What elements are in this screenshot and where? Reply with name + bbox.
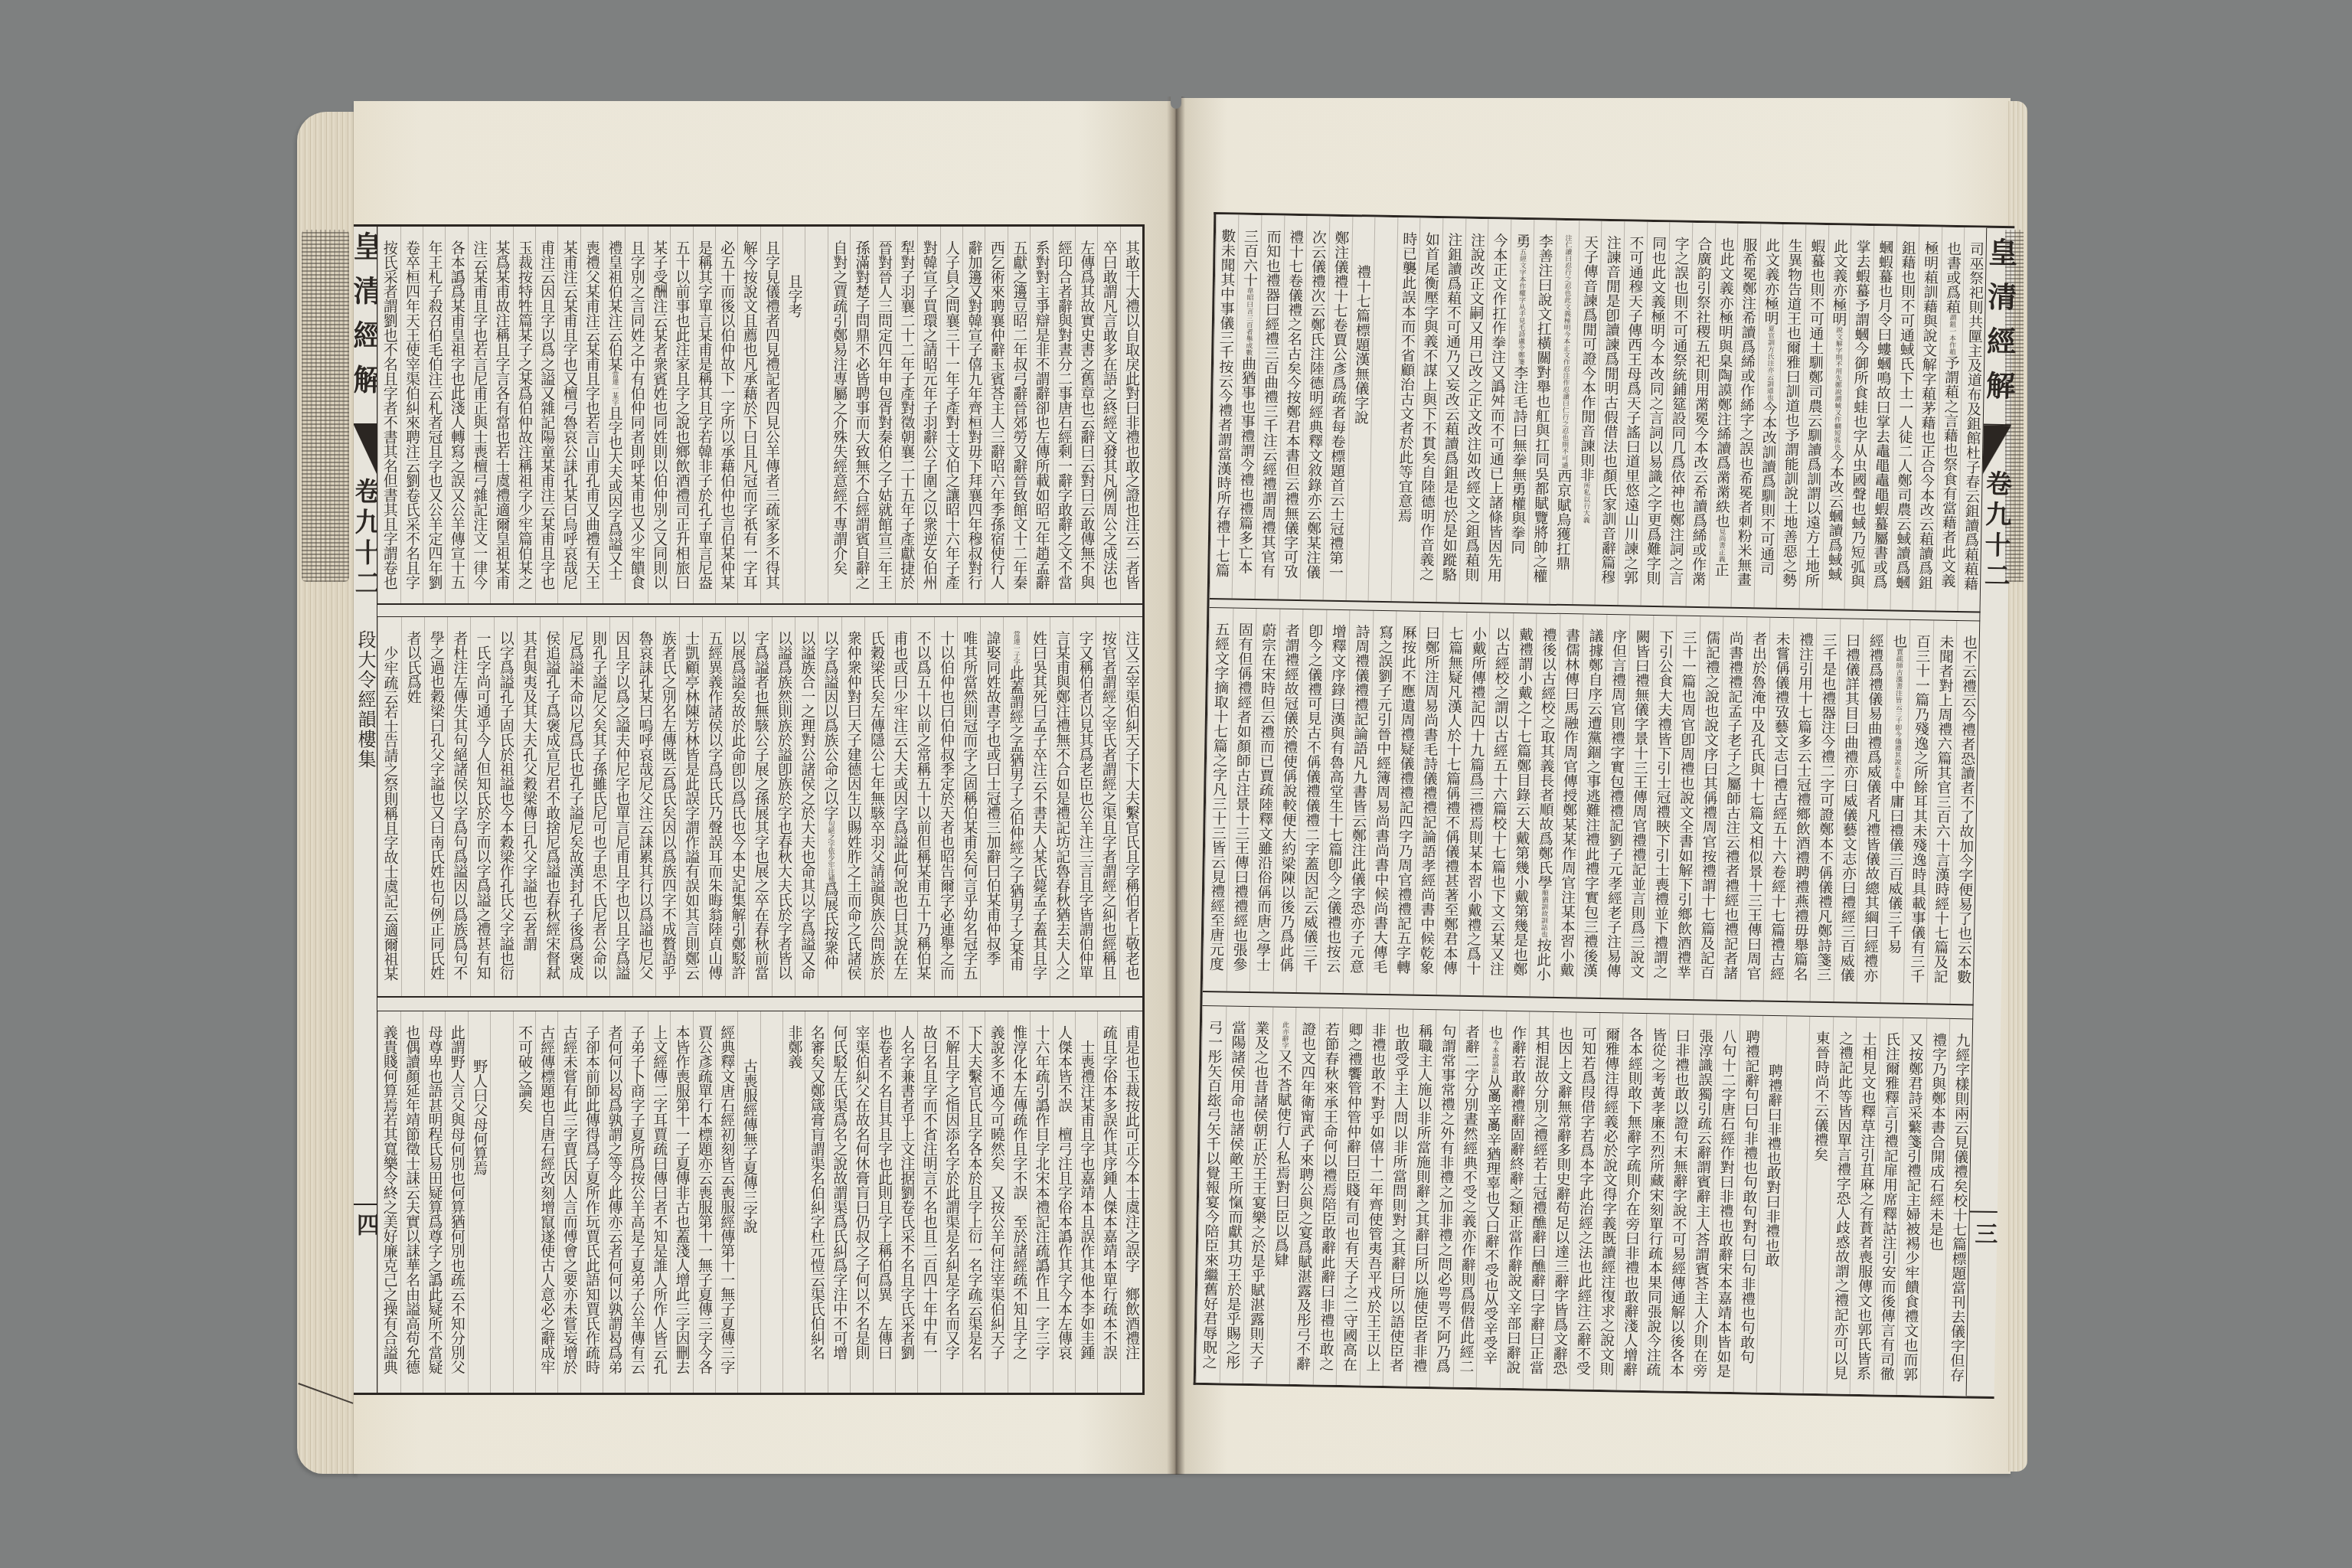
text-column: 賈公彥疏單行本標題亦云喪服第十一無子夏傳三字今各 (693, 1011, 715, 1393)
text-column: 孫滿對楚子問鼎不必皆聘事而大致無不合經謂賓自辭之 (850, 227, 872, 603)
column-text: 十六年疏引譌作目字北宋本禮記注疏譌作且一字三字 (1034, 1025, 1050, 1360)
column-text: 賈公彥疏單行本標題亦云喪服第十一無子夏傳三字今各 (696, 1025, 713, 1374)
text-column: 唯其所當然則冠而字之固稱伯某甫矣何言乎幼名冠字五 (957, 617, 980, 996)
text-column: 卒曰敢謂凡言敢多在語之終經文發其凡例周公之成法也 (1097, 227, 1119, 603)
text-column: 者杜注左傳失其句絕諸侯以字爲句爲謚因以爲族爲句不 (447, 617, 470, 996)
text-column: 且字考 (782, 227, 805, 603)
column-text: 一氏字尚可通乎今人但知氏於字而以字爲謚之禮甚有知 (475, 631, 492, 980)
column-text: 此謂野人言父與母何別也何算猶何別也疏云不知分別父 (449, 1025, 465, 1374)
column-text: 學之過也穀梁曰孔父字謚也又曰南氏姓也句例正同氏姓 (428, 631, 445, 980)
column-text: 西乞術來聘襄仲辭玉賓荅主人三辭昭六年季孫宿使行人 (988, 240, 1005, 590)
column-text: 以字爲謚孔子固氏於祖謚也今本穀梁作孔氏父字謚也衍 (498, 631, 514, 980)
text-column: 且字別之言同姓之中有伯仲同者則呼某甫也又少牢饋食 (625, 227, 647, 603)
text-column: 不可破之論矣 (513, 1011, 535, 1393)
column-text: 也偶讀顏延年靖節徵士誄云夫實以誄華名由謚高苟允德 (403, 1025, 420, 1374)
column-text: 也 (1890, 634, 1907, 648)
margin-rule (1970, 1210, 1998, 1213)
column-text-after-note: 今本改訓讀爲馴則不可通司 (1758, 400, 1778, 575)
text-column: 對韓宣子買環之請昭元年子羽辭公子圍之以衆逆女伯州 (917, 227, 939, 603)
text-column: 以謚族合一之理對公諸侯之於大夫也命其以字爲謚又命 (795, 617, 818, 996)
column-text: 古經未嘗有此三字賈氏因人言而傅會之要亦未嘗妄增於 (561, 1025, 578, 1374)
column-text: 諱娶同姓故書字也或曰士冠禮三加辭曰伯某甫仲叔季 (984, 631, 1001, 965)
column-text: 也此文義亦極明與臬陶謨鄭注絺讀爲黹黹紩也 (1713, 237, 1735, 528)
text-column: 注云某甫且字也若言尼甫正與士喪檀弓雜記注文一律今 (468, 227, 490, 603)
text-column: 玉裁按特牲篇某子之某爲伯仲故注稱祖字少牢篇伯某之 (513, 227, 535, 603)
column-text: 尼爲謚未命以尼爲氏也孔子謚尼矣故漢封孔子後爲褒成 (567, 631, 584, 980)
column-text: 以謚爲族然則族於謚卽族於字也春秋大夫氏於字者皆以 (776, 631, 792, 980)
text-column: 何氏駁左氏渠爲名之說故謂渠爲氏糾爲字注中不可增 (828, 1011, 850, 1393)
series-title: 皇清經解 (354, 231, 377, 409)
text-column: 尼爲謚未命以尼爲氏也孔子謚尼矣故漢封孔子後爲褒成 (563, 617, 586, 996)
left-page-print-frame: 皇清經解 卷九十二 段大令經韻樓集 四 其敢干大禮以自取戾此對曰非禮也敢之證也注… (354, 224, 1145, 1395)
column-text: 子卻本前師此傳得爲子夏所作玩賈氏此語知賈氏作疏時 (583, 1025, 600, 1374)
column-text: 某甫注云某甫且字也又檀弓魯哀公誄孔某曰烏呼哀哉尼 (561, 240, 578, 590)
column-text-after-note: 李注毛詩曰無拳無勇權與拳同 (1508, 365, 1528, 554)
text-column: 各本譌爲某甫皇祖字也此淺人轉寫之誤又公羊傳宣十五 (445, 227, 467, 603)
column-text: 五獻之籩豆昭二年叔弓辭晉郊勞又辭晉致館文十二年秦 (1011, 240, 1027, 590)
column-text: 且字見儀禮者四見禮記者四見公羊傳者三疏家多不得其 (763, 240, 780, 590)
column-text: 必五十而後以伯仲故下一字所以承藉伯仲也言伯某仲某 (718, 240, 735, 590)
text-column: 甫是也玉裁按此可正今本士虞注之誤字 鄉飲酒禮注 (1120, 1011, 1142, 1393)
text-column: 衆仲衆仲對曰天子建德因生以賜姓胙之土而命之氏諸侯 (841, 617, 864, 996)
column-text: 以展爲謚矣故於此命卽以爲氏也今本史記集解引鄭駁許 (729, 631, 746, 980)
column-text: 經印合者辭與對晝分二事唐石經剩一辭字敢辭之文不當 (1056, 240, 1073, 590)
text-column: 西乞術來聘襄仲辭玉賓荅主人三辭昭六年季孫宿使行人 (985, 227, 1007, 603)
column-text: 三百六十 (1241, 229, 1259, 287)
column-text: 義貴賤何算焉若其寬樂令終之美好廉克己之操有合謚典 (381, 1025, 398, 1374)
column-text: 甫注云因且字以爲之謚又雜記陽童某甫注云某甫且字也 (538, 240, 555, 590)
column-text: 甫也或曰少牢注云大夫或因字爲謚此何說也曰其說在左 (891, 631, 908, 980)
column-text: 士凱顧亭林陳芳林皆是此誤字謂作謚有誤如其言則鄭云 (683, 631, 700, 980)
text-column: 辭加籩又對韓宣子僖九年齊桓對毋下拜襄四年穆叔對行 (962, 227, 985, 603)
column-text: 也書或爲蒩 (1944, 241, 1962, 314)
gutter-top-gap (1171, 90, 1181, 109)
register-middle: 注又云宰渠伯糾天子下大夫繫官氏且字稱伯者上敬老也 按官者謂經之宰氏者謂經之渠且字… (377, 616, 1142, 998)
column-text: 某爲某甫故注稱且字言各有當也若士虞禮適爾皇祖某甫 (494, 240, 511, 590)
interlinear-note: 韋昭曰言三百者舉成數 (1244, 287, 1253, 356)
text-column: 按官者謂經之宰氏者謂經之渠且字者謂經之糾也經稱且 (1096, 617, 1119, 996)
text-column: 不解且字之恉因添名字於此謂渠是名糾是字名而又字 (940, 1011, 962, 1393)
page-number: 四 (354, 1213, 377, 1236)
text-column: 經印合者辭與對晝分二事唐石經剩一辭字敢辭之文不當 (1053, 227, 1075, 603)
text-column: 犁對子羽襄二十二年子產對徵朝襄二十五年子產獻捷於 (895, 227, 917, 603)
column-text: 卷卒桓四年天王使宰渠伯糾來聘注云劉卷氏采不名且字 (403, 240, 420, 590)
column-text: 按官者謂經之宰氏者謂經之渠且字者謂經之糾也經稱且 (1100, 631, 1117, 980)
fore-edge-print-marks (2005, 230, 2024, 582)
interlinear-note: 此亦辭字 (1280, 1021, 1289, 1049)
column-text: 自對之賈疏引鄭易注專屬之介殊失經意經不專謂介矣 (831, 240, 848, 575)
column-text: 注云某甫且字也若言尼甫正與士喪檀弓雜記注文一律今 (471, 240, 488, 590)
text-column (760, 1011, 782, 1393)
column-text: 犁對子羽襄二十二年子產對徵朝襄二十五年子產獻捷於 (898, 240, 915, 590)
text-column: 五獻之籩豆昭二年叔弓辭晉郊勞又辭晉致館文十二年秦 (1008, 227, 1030, 603)
text-column: 十以伯仲也曰伯仲叔季定於天者也昭告爾字必連舉之而 (934, 617, 957, 996)
text-column: 宰渠伯糾父在故名何休膏肓曰仍叔之子何以不名是則 (850, 1011, 872, 1393)
text-column: 以字爲謚因以爲族公命之以字句絕之字依少牢注補爲展氏按衆仲 (818, 617, 841, 996)
text-column: 也卷者不名目其且字也此則且字上稱伯爲異 左傳曰 (873, 1011, 895, 1393)
interlinear-note: 句絕之字依少牢注補 (827, 820, 835, 882)
text-column: 義說多不通今可曉然矣 又按公羊何注宰渠伯糾天子 (985, 1011, 1007, 1393)
column-text-after-note: 爲展氏按衆仲 (822, 882, 839, 969)
text-column: 非鄭義 (782, 1011, 805, 1393)
text-column: 自對之賈疏引鄭易注專屬之介殊失經意經不專謂介矣 (828, 227, 850, 603)
column-text: 時已襲此誤本而不省顧治古文者於此等宜意焉 (1396, 231, 1418, 522)
text-column: 經典釋文唐石經初刻皆云喪服經傳第十一無子夏傳三字 (715, 1011, 737, 1393)
column-text: 侯追謚孔子爲褒成宣尼君不敢捨尼爲謚也春秋經宋督弒 (544, 631, 560, 980)
column-text: 名審矣又鄭箴膏肓謂渠名伯糾字杜元愷云渠氏伯糾名 (808, 1025, 825, 1360)
column-text-after-note: 予謂蒩之言藉也祭食有當藉者此文義 (1939, 355, 1959, 588)
column-text-after-note: 又不荅賦使行人私焉對曰臣以爲肄 (1272, 1049, 1292, 1267)
interlinear-note: 謂鉏一本作蒩 (1948, 314, 1956, 355)
text-column: 魯哀誄孔某曰嗚呼哀哉尼父注云誄累其行以爲謚也尼父 (632, 617, 655, 996)
column-text: 衆仲衆仲對曰天子建德因生以賜姓胙之土而命之氏諸侯 (845, 631, 862, 980)
column-text: 解今按說文且薦也凡承藉於下曰且凡冠而字祇有一字耳 (741, 240, 758, 590)
text-column: 必五十而後以伯仲故下一字所以承藉伯仲也言伯某仲某 (715, 227, 737, 603)
text-column: 下大夫繫官氏且字各本於且字上衍一名字疏云渠是名 (962, 1011, 985, 1393)
text-column (805, 227, 827, 603)
right-page-print-frame: 司巫祭祀則共匰主及道布及鉏館杜子春云鉏讀爲蒩蒩藉 也書或爲蒩謂鉏一本作蒩予謂蒩之… (1194, 212, 2015, 1399)
text-column: 系對對主爭辯是非不謂辭卻也左傳所載如昭元年趙孟辭 (1030, 227, 1052, 603)
column-text: 聘禮辭曰非禮也敢對曰非禮也敢 (1762, 1063, 1783, 1267)
register-top: 其敢干大禮以自取戾此對曰非禮也敢之證也注云二者皆 卒曰敢謂凡言敢多在語之終經文發… (377, 227, 1142, 605)
page-number: 三 (1969, 1221, 1998, 1245)
column-text: 晉對晉人三問定四年申包胥對秦伯之子姑就館宣三年王 (876, 240, 893, 590)
text-column: 甫注云因且字以爲之謚又雜記陽童某甫注云某甫且字也 (535, 227, 557, 603)
interlinear-note: 夏官訓方氏注亦云訓道也 (1766, 325, 1775, 401)
column-text: 非鄭義 (786, 1025, 802, 1069)
register-middle: 也不云禮云今禮者恐讀者不了故加今字便易了也云本數 未聞者對上周禮六篇其官三百六十… (1203, 607, 1981, 1005)
column-text: 下大夫繫官氏且字各本於且字上衍一名字疏云渠是名 (965, 1025, 982, 1360)
text-column: 某甫注云某甫且字也又檀弓魯哀公誄孔某曰烏呼哀哉尼 (557, 227, 580, 603)
column-text: 勇 (1514, 234, 1530, 248)
text-column: 母尊卑也語甚明程氏易田疑算爲尊字之譌此疑所不當疑 (423, 1011, 445, 1393)
text-column: 少牢疏云若士告請之祭則稱且字故士虞記云適爾祖某 (377, 617, 400, 996)
column-text: 各本譌爲某甫皇祖字也此淺人轉寫之誤又公羊傳宣十五 (449, 240, 465, 590)
column-text: 其君與夷及其大夫孔父穀梁傳曰孔父字謚也云者謂 (521, 631, 537, 951)
text-column: 其君與夷及其大夫孔父穀梁傳曰孔父字謚也云者謂 (517, 617, 540, 996)
interlinear-note: 所私以行大義 (1582, 482, 1590, 523)
text-column: 人子員之問襄三十一年子產對士文伯之讓昭十六年子產 (940, 227, 962, 603)
text-column: 字爲謚者也無駭公子展之孫展其字也展之卒在春秋前當 (748, 617, 771, 996)
column-text: 姓曰吳其死曰孟子卒注云不書夫人某氏薨孟子蓋其且字 (1031, 631, 1047, 980)
text-column: 疏且字俗本多誤作其序鍾人傑本嘉靖本單行疏本不誤 (1097, 1011, 1119, 1393)
text-column: 士喪禮注某甫且字也嘉靖本且誤作其他本李如圭鍾 (1075, 1011, 1097, 1393)
column-text-after-note: 正 (1712, 562, 1729, 577)
column-text: 也卷者不名目其且字也此則且字上稱伯爲異 左傳曰 (876, 1025, 893, 1360)
column-text: 是稱其字單言某甫是稱其且字若韓非子於孔子單言尼盎 (696, 240, 713, 590)
column-text: 者杜注左傳失其句絕諸侯以字爲句爲謚因以爲族爲句不 (451, 631, 468, 980)
column-text: 對韓宣子買環之請昭元年子羽辭公子圍之以衆逆女伯州 (921, 240, 938, 590)
column-text: 左傳爲其故實史書之舊章也云辭曰云對曰云敢傳無不與 (1078, 240, 1095, 590)
text-column: 言某甫與鄭注禮無不合如是禮記坊記魯春秋猶去夫人之 (1050, 617, 1073, 996)
text-column: 其敢干大禮以自取戾此對曰非禮也敢之證也注云二者皆 (1120, 227, 1142, 603)
column-text: 族者氏之別名左傳既云爲氏矣因以爲族四字不成贅語乎 (660, 631, 677, 980)
column-text: 年王札子殺召伯毛伯注云札者冠且字也又公羊定四年劉 (426, 240, 443, 590)
text-column: 當連一子字此蓋謂經之孟猶男子之伯仲經之子猶男子之某甫 (1003, 617, 1026, 996)
column-text: 注又云宰渠伯糾天子下大夫繫官氏且字稱伯者上敬老也 (1123, 631, 1140, 980)
column-text: 字又稱伯者以見其爲老臣也公羊注三言且字皆謂伯仲單 (1076, 631, 1093, 980)
text-column: 左傳爲其故實史書之舊章也云辭曰云對曰云敢傳無不與 (1075, 227, 1097, 603)
fishtail-ornament-icon (354, 423, 377, 474)
column-text: 十以伯仲也曰伯仲叔季定於天者也昭告爾字必連舉之而 (938, 631, 955, 980)
column-text: 且字別之言同姓之中有伯仲同者則呼某甫也又少牢饋食 (629, 240, 645, 590)
text-column: 某爲某甫故注稱且字言各有當也若士虞禮適爾皇祖某甫 (490, 227, 512, 603)
book-gutter-shadow (1167, 96, 1185, 1475)
column-text: 禮皇祖伯某注云伯某 (606, 240, 622, 371)
column-text: 古喪服經傳無子夏傳三字說 (741, 1059, 758, 1233)
text-column: 古經未嘗有此三字賈氏因人言而傅會之要亦未嘗妄增於 (557, 1011, 580, 1393)
column-text: 東晉時尚不云儀禮矣 (1811, 1031, 1831, 1161)
margin-rule (354, 1204, 377, 1205)
column-text-after-note: 西京賦烏獲扛鼎 (1553, 469, 1572, 570)
column-text: 惟淳化本左傳疏作且字不誤 至於諸經疏不知且字之 (1011, 1025, 1027, 1360)
column-text: 不解且字之恉因添名字於此謂渠是名糾是字名而又字 (943, 1025, 960, 1360)
column-text: 且字考 (786, 274, 802, 318)
column-text: 上文經傳二字耳賈疏曰傳曰者不知是誰人所作人皆云孔 (651, 1025, 668, 1374)
register-bottom: 甫是也玉裁按此可正今本士虞注之誤字 鄉飲酒禮注 疏且字俗本多誤作其序鍾人傑本嘉靖… (377, 1011, 1142, 1393)
column-text: 此文義亦極明 (1830, 239, 1848, 326)
column-text: 古經傳標題也自唐石經改刻增竄遂使古人意必之辭成牢 (538, 1025, 555, 1374)
column-text: 字爲謚者也無駭公子展之孫展其字也展之卒在春秋前當 (753, 631, 769, 980)
interlinear-note: 當連一子字 (1012, 631, 1020, 665)
column-text-after-note: 此蓋謂經之孟猶男子之伯仲經之子猶男子之某甫 (1008, 665, 1024, 971)
register-top: 司巫祭祀則共匰主及道布及鉏館杜子春云鉏讀爲蒩蒩藉 也書或爲蒩謂鉏一本作蒩予謂蒩之… (1210, 214, 1988, 612)
column-text: 少牢疏云若士告請之祭則稱且字故士虞記云適爾祖某 (382, 646, 399, 981)
text-column: 名審矣又鄭箴膏肓謂渠名伯糾字杜元愷云渠氏伯糾名 (805, 1011, 827, 1393)
column-text: 者以氏爲姓 (405, 631, 422, 704)
text-column: 也偶讀顏延年靖節徵士誄云夫實以誄華名由謚高苟允德 (400, 1011, 423, 1393)
column-text: 何氏駁左氏渠爲名之說故謂渠爲氏糾爲字注中不可增 (831, 1025, 848, 1360)
juan-number: 卷九十二 (354, 478, 377, 600)
column-text: 疏且字俗本多誤作其序鍾人傑本嘉靖本單行疏本不誤 (1101, 1025, 1118, 1360)
column-text: 以謚族合一之理對公諸侯之於大夫也命其以字爲謚又命 (799, 631, 815, 980)
column-text: 魯哀誄孔某曰嗚呼哀哉尼父注云誄累其行以爲謚也尼父 (636, 631, 653, 980)
text-column: 禮皇祖伯某注云伯某當連一某字且字也大夫或因字爲謚又士 (603, 227, 625, 603)
column-text: 宰渠伯糾父在故名何休膏肓曰仍叔之子何以不名是則 (854, 1025, 871, 1360)
column-text: 按氏采者謂劉也不名且字者不書其名但書其且字謂卷也 (381, 240, 398, 590)
text-column: 十六年疏引譌作目字北宋本禮記注疏譌作且一字三字 (1030, 1011, 1052, 1393)
column-text: 其敢干大禮以自取戾此對曰非禮也敢之證也注云二者皆 (1123, 240, 1140, 590)
column-text: 甫是也玉裁按此可正今本士虞注之誤字 鄉飲酒禮注 (1123, 1025, 1140, 1360)
text-column: 者以氏爲姓 (401, 617, 424, 996)
column-text: 母尊卑也語甚明程氏易田疑算爲尊字之譌此疑所不當疑 (426, 1025, 443, 1374)
interlinear-note: 說文解字則不用先鄭說謂蜮又作蟈短弧也 (1832, 326, 1842, 450)
text-column: 士凱顧亭林陳芳林皆是此誤字謂作謚有誤如其言則鄭云 (679, 617, 702, 996)
column-text: 天子傳音諫爲閒可證今本作閒音諫則非 (1578, 234, 1599, 482)
column-text: 唯其所當然則冠而字之固稱伯某甫矣何言乎幼名冠字五 (961, 631, 978, 980)
text-column: 姓曰吳其死曰孟子卒注云不書夫人某氏薨孟子蓋其且字 (1027, 617, 1050, 996)
text-column (490, 1011, 512, 1393)
text-column: 上文經傳二字耳賈疏曰傳曰者不知是誰人所作人皆云孔 (648, 1011, 670, 1393)
text-column: 以字爲謚孔子固氏於祖謚也今本穀梁作孔氏父字謚也衍 (494, 617, 517, 996)
interlinear-note: 今本說譌訟 (1491, 1039, 1499, 1073)
text-column: 野人曰父母何算焉 (468, 1011, 490, 1393)
text-column: 按氏采者謂劉也不名且字者不書其名但書其且字謂卷也 (377, 227, 400, 603)
column-text: 士喪禮注某甫且字也嘉靖本且誤作其他本李如圭鍾 (1078, 1025, 1095, 1360)
column-text: 不可破之論矣 (516, 1025, 533, 1112)
fore-edge-print-marks (302, 230, 349, 582)
register-bottom: 九經字樣則兩云見儀禮矣校十七篇標題當刊去儀字但存 禮字乃與鄭本書合開成石經未是也… (1196, 1005, 1973, 1396)
text-column: 本皆作喪服第十一子夏傳非古也蓋淺人增此三字因刪去 (670, 1011, 692, 1393)
column-text: 禮字乃與鄭本書合開成石經未是也 (1926, 1032, 1947, 1250)
text-column: 字又稱伯者以見其爲老臣也公羊注三言且字皆謂伯仲單 (1073, 617, 1096, 996)
column-text: 義說多不通今可曉然矣 又按公羊何注宰渠伯糾天子 (988, 1025, 1005, 1360)
text-column: 晉對晉人三問定四年申包胥對秦伯之子姑就館宣三年王 (873, 227, 895, 603)
column-text: 故曰名且字而不省注明言不名也且二百四十年中有一 (921, 1025, 938, 1360)
column-text: 孫滿對楚子問鼎不必皆聘事而大致無不合經謂賓自辭之 (854, 240, 871, 590)
interlinear-note: 五經文字本作權字从手見毛詩盧令鄭箋 (1517, 248, 1527, 365)
column-text: 不以爲五十以前之常稱五十以前但稱某甫五十乃稱伯某 (915, 631, 932, 980)
column-text-after-note: 中庸曰禮儀三百威儀三千易 (1885, 779, 1905, 953)
interlinear-note: 見尚書正義 (1717, 528, 1726, 563)
column-text: 辭加籩又對韓宣子僖九年齊桓對毋下拜襄四年穆叔對行 (965, 240, 982, 590)
column-text: 喪禮父某甫注云某甫且字也若言山甫孔甫又曲禮有天王 (583, 240, 600, 590)
text-column: 則孔子謚尼父矣其子孫雖氏尼可也子思不氏尼者公命以 (586, 617, 609, 996)
text-column: 人傑本皆不誤 檀弓注且字俗本譌作其字今本左傳哀 (1053, 1011, 1075, 1393)
column-text: 以字爲謚因以爲族公命之以字 (822, 631, 839, 820)
text-column: 惟淳化本左傳疏作且字不誤 至於諸經疏不知且字之 (1008, 1011, 1030, 1393)
column-text-after-note: 按此小 (1534, 937, 1552, 981)
text-column: 人名字兼書者乎上文注据劉卷氏采不名且字氏采者劉 (895, 1011, 917, 1393)
column-text: 人傑本皆不誤 檀弓注且字俗本譌作其字今本左傳哀 (1056, 1025, 1073, 1360)
column-text-after-note: 今本改云蟈讀爲蜮蜮 (1825, 450, 1844, 581)
column-text: 則孔子謚尼父矣其子孫雖氏尼可也子思不氏尼者公命以 (590, 631, 607, 980)
text-column: 某子受酬注云某者衆賓姓也同姓則以伯仲別之又同則以 (648, 227, 670, 603)
column-text-after-note: 曲猶事也事禮謂今禮也禮篇多亡本 (1236, 356, 1256, 574)
collection-title: 段大令經韻樓集 (354, 630, 377, 769)
text-column: 者何何以曷爲孰謂之等今此傳亦云者何何以孰謂曷爲弟 (603, 1011, 625, 1393)
text-column: 氏穀梁氏矣左傳隱公七年無駭卒羽父請謚與族公問族於 (864, 617, 887, 996)
interlinear-note: 賈疏師古漢書注皆云三千卽今儀禮其說未是 (1893, 648, 1903, 779)
text-column: 古經傳標題也自唐石經改刻增竄遂使古人意必之辭成牢 (535, 1011, 557, 1393)
text-column: 此謂野人言父與母何別也何算猶何別也疏云不知分別父 (445, 1011, 467, 1393)
text-column: 因且字以爲之謚夫仲尼字也單言尼甫且字也以且字爲謚 (609, 617, 632, 996)
column-text: 此文義亦極明 (1762, 238, 1780, 325)
text-column: 故曰名且字而不省注明言不名也且二百四十年中有一 (917, 1011, 939, 1393)
right-page-text-area: 司巫祭祀則共匰主及道布及鉏館杜子春云鉏讀爲蒩蒩藉 也書或爲蒩謂鉏一本作蒩予謂蒩之… (1196, 214, 1987, 1396)
text-column: 不以爲五十以前之常稱五十以前但稱某甫五十乃稱伯某 (910, 617, 933, 996)
text-column: 古喪服經傳無子夏傳三字說 (737, 1011, 759, 1393)
column-text: 卒曰敢謂凡言敢多在語之終經文發其凡例周公之成法也 (1101, 240, 1118, 590)
text-column: 解今按說文且薦也凡承藉於下曰且凡冠而字祇有一字耳 (737, 227, 759, 603)
column-text: 因且字以爲之謚夫仲尼字也單言尼甫且字也以且字爲謚 (613, 631, 630, 980)
column-text: 本皆作喪服第十一子夏傳非古也蓋淺人增此三字因刪去 (674, 1025, 691, 1374)
text-column: 五十以前事也此注家且字之說也鄉飲酒禮司正升相旅曰 (670, 227, 692, 603)
text-column: 子卻本前師此傳得爲子夏所作玩賈氏此語知賈氏作疏時 (580, 1011, 603, 1393)
column-text: 某子受酬注云某者衆賓姓也同姓則以伯仲別之又同則以 (651, 240, 668, 590)
column-text: 玉裁按特牲篇某子之某爲伯仲故注稱祖字少牢篇伯某之 (516, 240, 533, 590)
text-column: 且字見儀禮者四見禮記者四見公羊傳者三疏家多不得其 (760, 227, 782, 603)
column-text: 也 (1486, 1024, 1503, 1039)
column-text: 人子員之問襄三十一年子產對士文伯之讓昭十六年子產 (943, 240, 960, 590)
text-column: 是稱其字單言某甫是稱其且字若韓非子於孔子單言尼盎 (693, 227, 715, 603)
interlinear-note: 順猶訓故訓詁也 (1540, 890, 1548, 938)
text-column: 卷卒桓四年天王使宰渠伯糾來聘注云劉卷氏采不名且字 (400, 227, 423, 603)
column-text: 系對對主爭辯是非不謂辭卻也左傳所載如昭元年趙孟辭 (1034, 240, 1050, 590)
column-text: 人名字兼書者乎上文注据劉卷氏采不名且字氏采者劉 (898, 1025, 915, 1360)
column-text: 野人曰父母何算焉 (471, 1059, 488, 1175)
text-column: 諱娶同姓故書字也或曰士冠禮三加辭曰伯某甫仲叔季 (980, 617, 1003, 996)
text-column: 侯追謚孔子爲褒成宣尼君不敢捨尼爲謚也春秋經宋督弒 (540, 617, 563, 996)
column-text: 言某甫與鄭注禮無不合如是禮記坊記魯春秋猶去夫人之 (1053, 631, 1070, 980)
text-column: 甫也或曰少牢注云大夫或因字爲謚此何說也曰其說在左 (887, 617, 910, 996)
text-column: 一氏字尚可通乎今人但知氏於字而以字爲謚之禮甚有知 (470, 617, 493, 996)
column-text: 禮後以古經校之取其義長者順故爲鄭氏學 (1536, 628, 1557, 890)
text-column: 族者氏之別名左傳既云爲氏矣因以爲族四字不成贅語乎 (655, 617, 678, 996)
interlinear-note: 當連一某字 (610, 371, 618, 406)
column-text: 子弟子卜商字子夏所爲按公羊高是子夏弟子公羊傳有云 (629, 1025, 645, 1374)
column-text: 者何何以曷爲孰謂之等今此傳亦云者何何以孰謂曷爲弟 (606, 1025, 622, 1374)
column-text: 氏穀梁氏矣左傳隱公七年無駭卒羽父請謚與族公問族於 (868, 631, 885, 980)
text-column: 五經異義作諸侯以字爲氏氏乃聲誤耳而朱晦翁陸貞山傅 (702, 617, 725, 996)
left-page-text-area: 其敢干大禮以自取戾此對曰非禮也敢之證也注云二者皆 卒曰敢謂凡言敢多在語之終經文發… (377, 227, 1142, 1393)
text-column: 喪禮父某甫注云某甫且字也若言山甫孔甫又曲禮有天王 (580, 227, 603, 603)
interlinear-note: 注仁讀曰忍行之忍也此文義極明今本正文作忍注作忍讀曰仁行之忍也則不可通 (1560, 234, 1571, 469)
column-text: 五十以前事也此注家且字之說也鄉飲酒禮司正升相旅曰 (674, 240, 691, 590)
text-column: 年王札子殺召伯毛伯注云札者冠且字也又公羊定四年劉 (423, 227, 445, 603)
column-text: 經典釋文唐石經初刻皆云喪服經傳第十一無子夏傳三字 (718, 1025, 735, 1374)
text-column: 學之過也穀梁曰孔父字謚也又曰南氏姓也句例正同氏姓 (424, 617, 447, 996)
left-page-center-margin: 皇清經解 卷九十二 段大令經韻樓集 四 (354, 227, 377, 1393)
text-column: 義貴賤何算焉若其寬樂令終之美好廉克己之操有合謚典 (377, 1011, 400, 1393)
column-text-after-note: 且字也大夫或因字爲謚又士 (606, 406, 622, 580)
text-column: 以展爲謚矣故於此命卽以爲氏也今本史記集解引鄭駁許 (725, 617, 748, 996)
column-text: 禮十七篇標題漢無儀字說 (1352, 264, 1372, 424)
column-text: 五經異義作諸侯以字爲氏氏乃聲誤耳而朱晦翁陸貞山傅 (706, 631, 723, 980)
text-column: 注又云宰渠伯糾天子下大夫繫官氏且字稱伯者上敬老也 (1119, 617, 1142, 996)
text-column: 以謚爲族然則族於謚卽族於字也春秋大夫氏於字者皆以 (772, 617, 795, 996)
text-column: 子弟子卜商字子夏所爲按公羊高是子夏弟子公羊傳有云 (625, 1011, 647, 1393)
column-text-after-note: 从𤔔辛𤔔辛猶理辜也又曰辭不受也从受辛受辛 (1481, 1073, 1503, 1364)
